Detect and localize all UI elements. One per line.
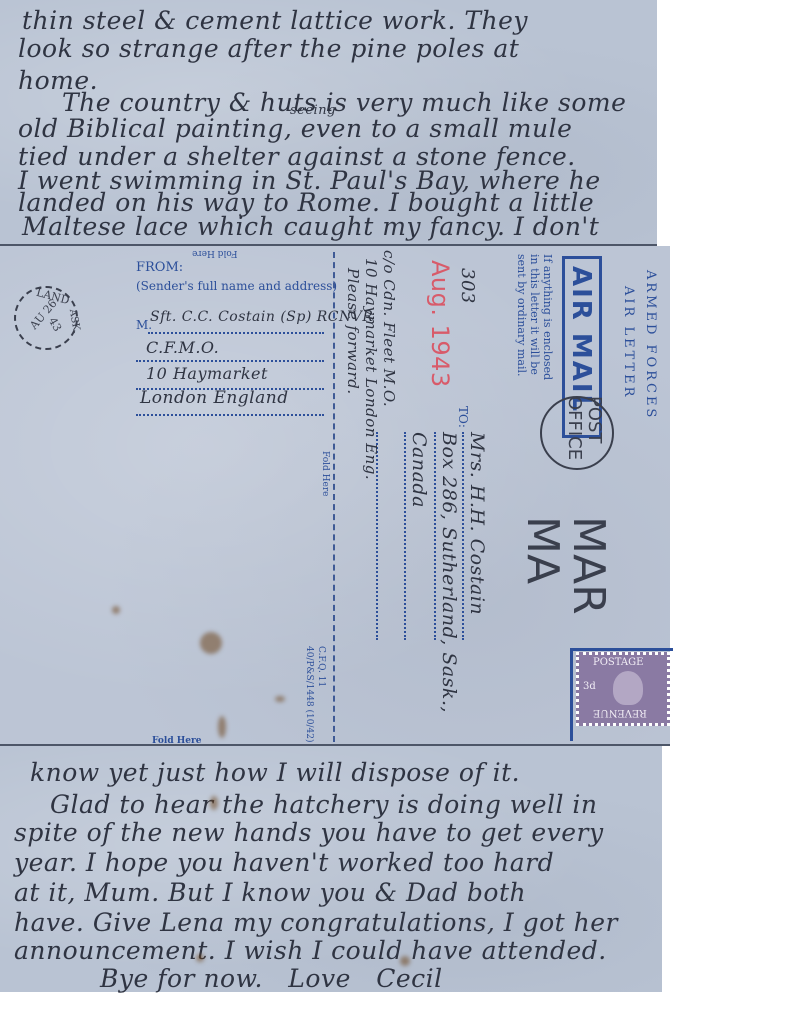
vertical-fold-line (333, 252, 335, 742)
handwritten-line: have. Give Lena my congratulations, I go… (14, 910, 618, 935)
armed-forces-header: ARMED FORCES (643, 270, 658, 420)
forward-line-2: 10 Haymarket London Eng. (363, 258, 378, 480)
air-letter-header: AIR LETTER (621, 286, 636, 399)
handwritten-line: Maltese lace which caught my fancy. I do… (22, 214, 599, 239)
handwritten-line: year. I hope you haven't worked too hard (14, 850, 554, 875)
red-pencil-date: Aug. 1943 (428, 260, 452, 388)
fold-here-label: Fold Here (192, 248, 237, 258)
sender-line (136, 360, 324, 362)
censor-mark: 303 (458, 268, 476, 304)
ink-stain (218, 716, 226, 738)
address-line (462, 432, 464, 640)
forward-line-1: c/o Cdn. Fleet M.O. (381, 250, 396, 407)
letter-bottom-section: know yet just how I will dispose of it. … (0, 746, 662, 992)
machine-cancel-1: MAR (563, 516, 614, 615)
sender-address-3: London England (140, 390, 289, 407)
stamp-value: 3d (583, 681, 596, 692)
handwritten-line: at it, Mum. But I know you & Dad both (14, 880, 526, 905)
forward-line-3: Please forward. (345, 268, 360, 395)
handwritten-line: look so strange after the pine poles at (18, 36, 519, 61)
ink-stain (400, 956, 410, 966)
signature-line: Bye for now. Love Cecil (100, 966, 443, 991)
from-label: FROM: (136, 260, 183, 275)
post-office-text: POST OFFICE (564, 396, 604, 486)
sender-line (148, 332, 324, 334)
letter-top-section: thin steel & cement lattice work. They l… (0, 0, 657, 246)
address-line (434, 432, 436, 640)
stamp-postage-text: POSTAGE (593, 657, 643, 668)
sender-line (136, 414, 324, 416)
airmail-label: AIR MAIL (566, 266, 596, 413)
handwritten-line: announcement. I wish I could have attend… (14, 938, 607, 963)
ink-stain (210, 796, 218, 810)
handwritten-line: The country & huts is very much like som… (62, 90, 626, 115)
air-letter-form: Fold Here FROM: (Sender's full name and … (0, 246, 670, 746)
fold-here-vertical-label: Fold Here (320, 451, 330, 496)
enclosure-notice: If anything is enclosed in this letter i… (515, 254, 554, 394)
ink-stain (200, 632, 222, 654)
ink-stain (275, 696, 285, 702)
recipient-address: Box 286, Sutherland, Sask., (439, 432, 458, 713)
from-sublabel: (Sender's full name and address) (136, 279, 337, 293)
form-code-2: 40/P&S/1448 (10/42) (304, 646, 314, 742)
ink-stain (196, 954, 204, 962)
handwritten-line: spite of the new hands you have to get e… (14, 820, 604, 845)
recipient-country: Canada (409, 432, 428, 508)
address-line (404, 432, 406, 640)
postage-stamp: POSTAGE REVENUE 3d (576, 652, 670, 726)
form-code-1: C.F.Q. 11 (316, 646, 326, 687)
sender-address-1: C.F.M.O. (146, 340, 219, 356)
stamp-revenue-text: REVENUE (593, 707, 647, 718)
sender-name: Sft. C.C. Costain (Sp) RCNVR (150, 310, 373, 324)
recipient-name: Mrs. H.H. Costain (467, 432, 486, 615)
ink-stain (112, 606, 120, 614)
handwritten-line: know yet just how I will dispose of it. (30, 760, 520, 785)
to-label: TO: (456, 406, 470, 428)
handwritten-line: Glad to hear the hatchery is doing well … (50, 792, 598, 817)
sender-address-2: 10 Haymarket (146, 366, 268, 382)
king-portrait-icon (613, 671, 643, 705)
handwritten-line: thin steel & cement lattice work. They (22, 8, 528, 33)
handwritten-line: old Biblical painting, even to a small m… (18, 116, 572, 141)
machine-cancel-2: MA (517, 516, 568, 584)
